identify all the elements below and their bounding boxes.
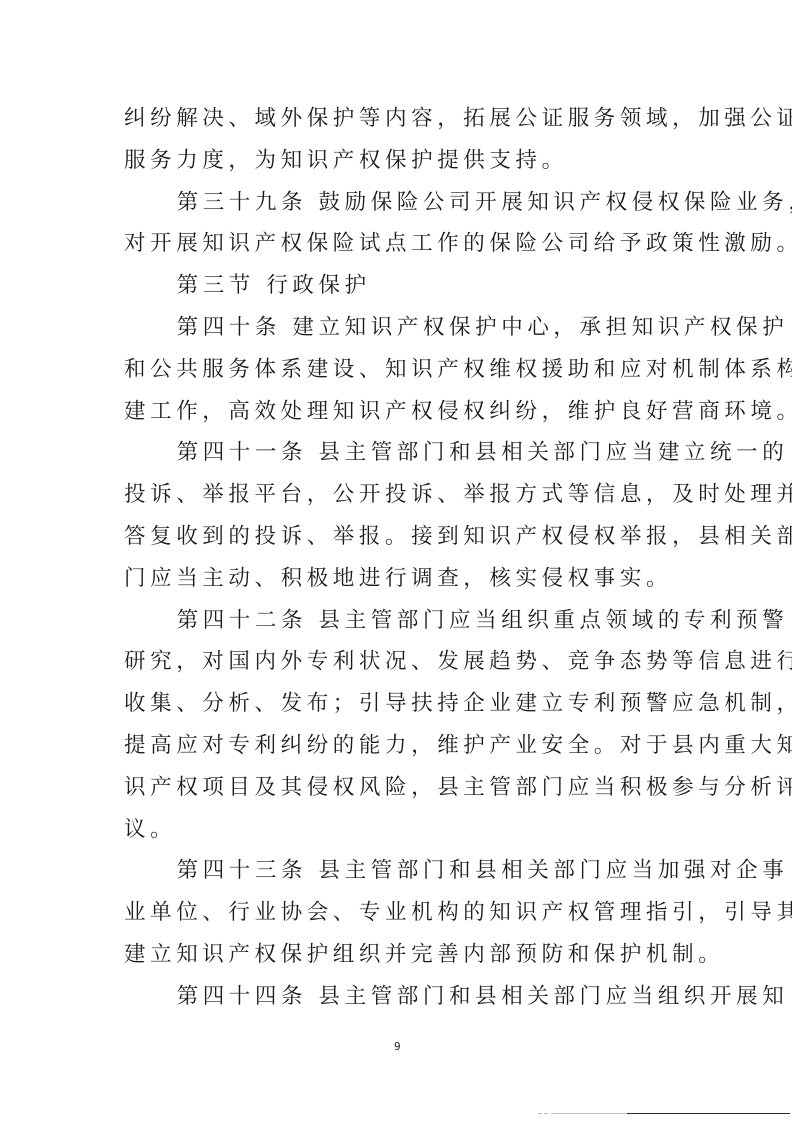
article-43-heading-line: 第四十三条 县主管部门和县相关部门应当加强对企事 (124, 850, 684, 892)
footer-rule-light (551, 1113, 627, 1114)
text-line: 研究，对国内外专利状况、发展趋势、竞争态势等信息进行 (124, 641, 684, 683)
text-line: 答复收到的投诉、举报。接到知识产权侵权举报，县相关部 (124, 516, 684, 558)
article-44-heading-line: 第四十四条 县主管部门和县相关部门应当组织开展知 (124, 976, 684, 1018)
text-line: 服务力度，为知识产权保护提供支持。 (124, 140, 684, 182)
section-3-heading: 第三节 行政保护 (124, 265, 684, 307)
text-line: 建立知识产权保护组织并完善内部预防和保护机制。 (124, 934, 684, 976)
text-line: 议。 (124, 809, 684, 851)
text-line: 提高应对专利纠纷的能力，维护产业安全。对于县内重大知 (124, 725, 684, 767)
article-41-heading-line: 第四十一条 县主管部门和县相关部门应当建立统一的 (124, 432, 684, 474)
text-line: 投诉、举报平台，公开投诉、举报方式等信息，及时处理并 (124, 474, 684, 516)
footer-rule-dark (627, 1113, 790, 1114)
article-40-heading-line: 第四十条 建立知识产权保护中心，承担知识产权保护 (124, 307, 684, 349)
text-line: 对开展知识产权保险试点工作的保险公司给予政策性激励。 (124, 223, 684, 265)
article-39-heading-line: 第三十九条 鼓励保险公司开展知识产权侵权保险业务， (124, 182, 684, 224)
document-page: 纠纷解决、域外保护等内容，拓展公证服务领域，加强公证 服务力度，为知识产权保护提… (0, 0, 792, 1122)
document-body: 纠纷解决、域外保护等内容，拓展公证服务领域，加强公证 服务力度，为知识产权保护提… (124, 98, 684, 1018)
page-number: 9 (394, 1040, 401, 1053)
footer-rule-dashed (538, 1113, 550, 1114)
text-line: 收集、分析、发布；引导扶持企业建立专利预警应急机制， (124, 683, 684, 725)
text-line: 建工作，高效处理知识产权侵权纠纷，维护良好营商环境。 (124, 391, 684, 433)
text-line: 识产权项目及其侵权风险，县主管部门应当积极参与分析评 (124, 767, 684, 809)
article-42-heading-line: 第四十二条 县主管部门应当组织重点领域的专利预警 (124, 600, 684, 642)
text-line: 门应当主动、积极地进行调查，核实侵权事实。 (124, 558, 684, 600)
text-line: 纠纷解决、域外保护等内容，拓展公证服务领域，加强公证 (124, 98, 684, 140)
text-line: 业单位、行业协会、专业机构的知识产权管理指引，引导其 (124, 892, 684, 934)
text-line: 和公共服务体系建设、知识产权维权援助和应对机制体系构 (124, 349, 684, 391)
